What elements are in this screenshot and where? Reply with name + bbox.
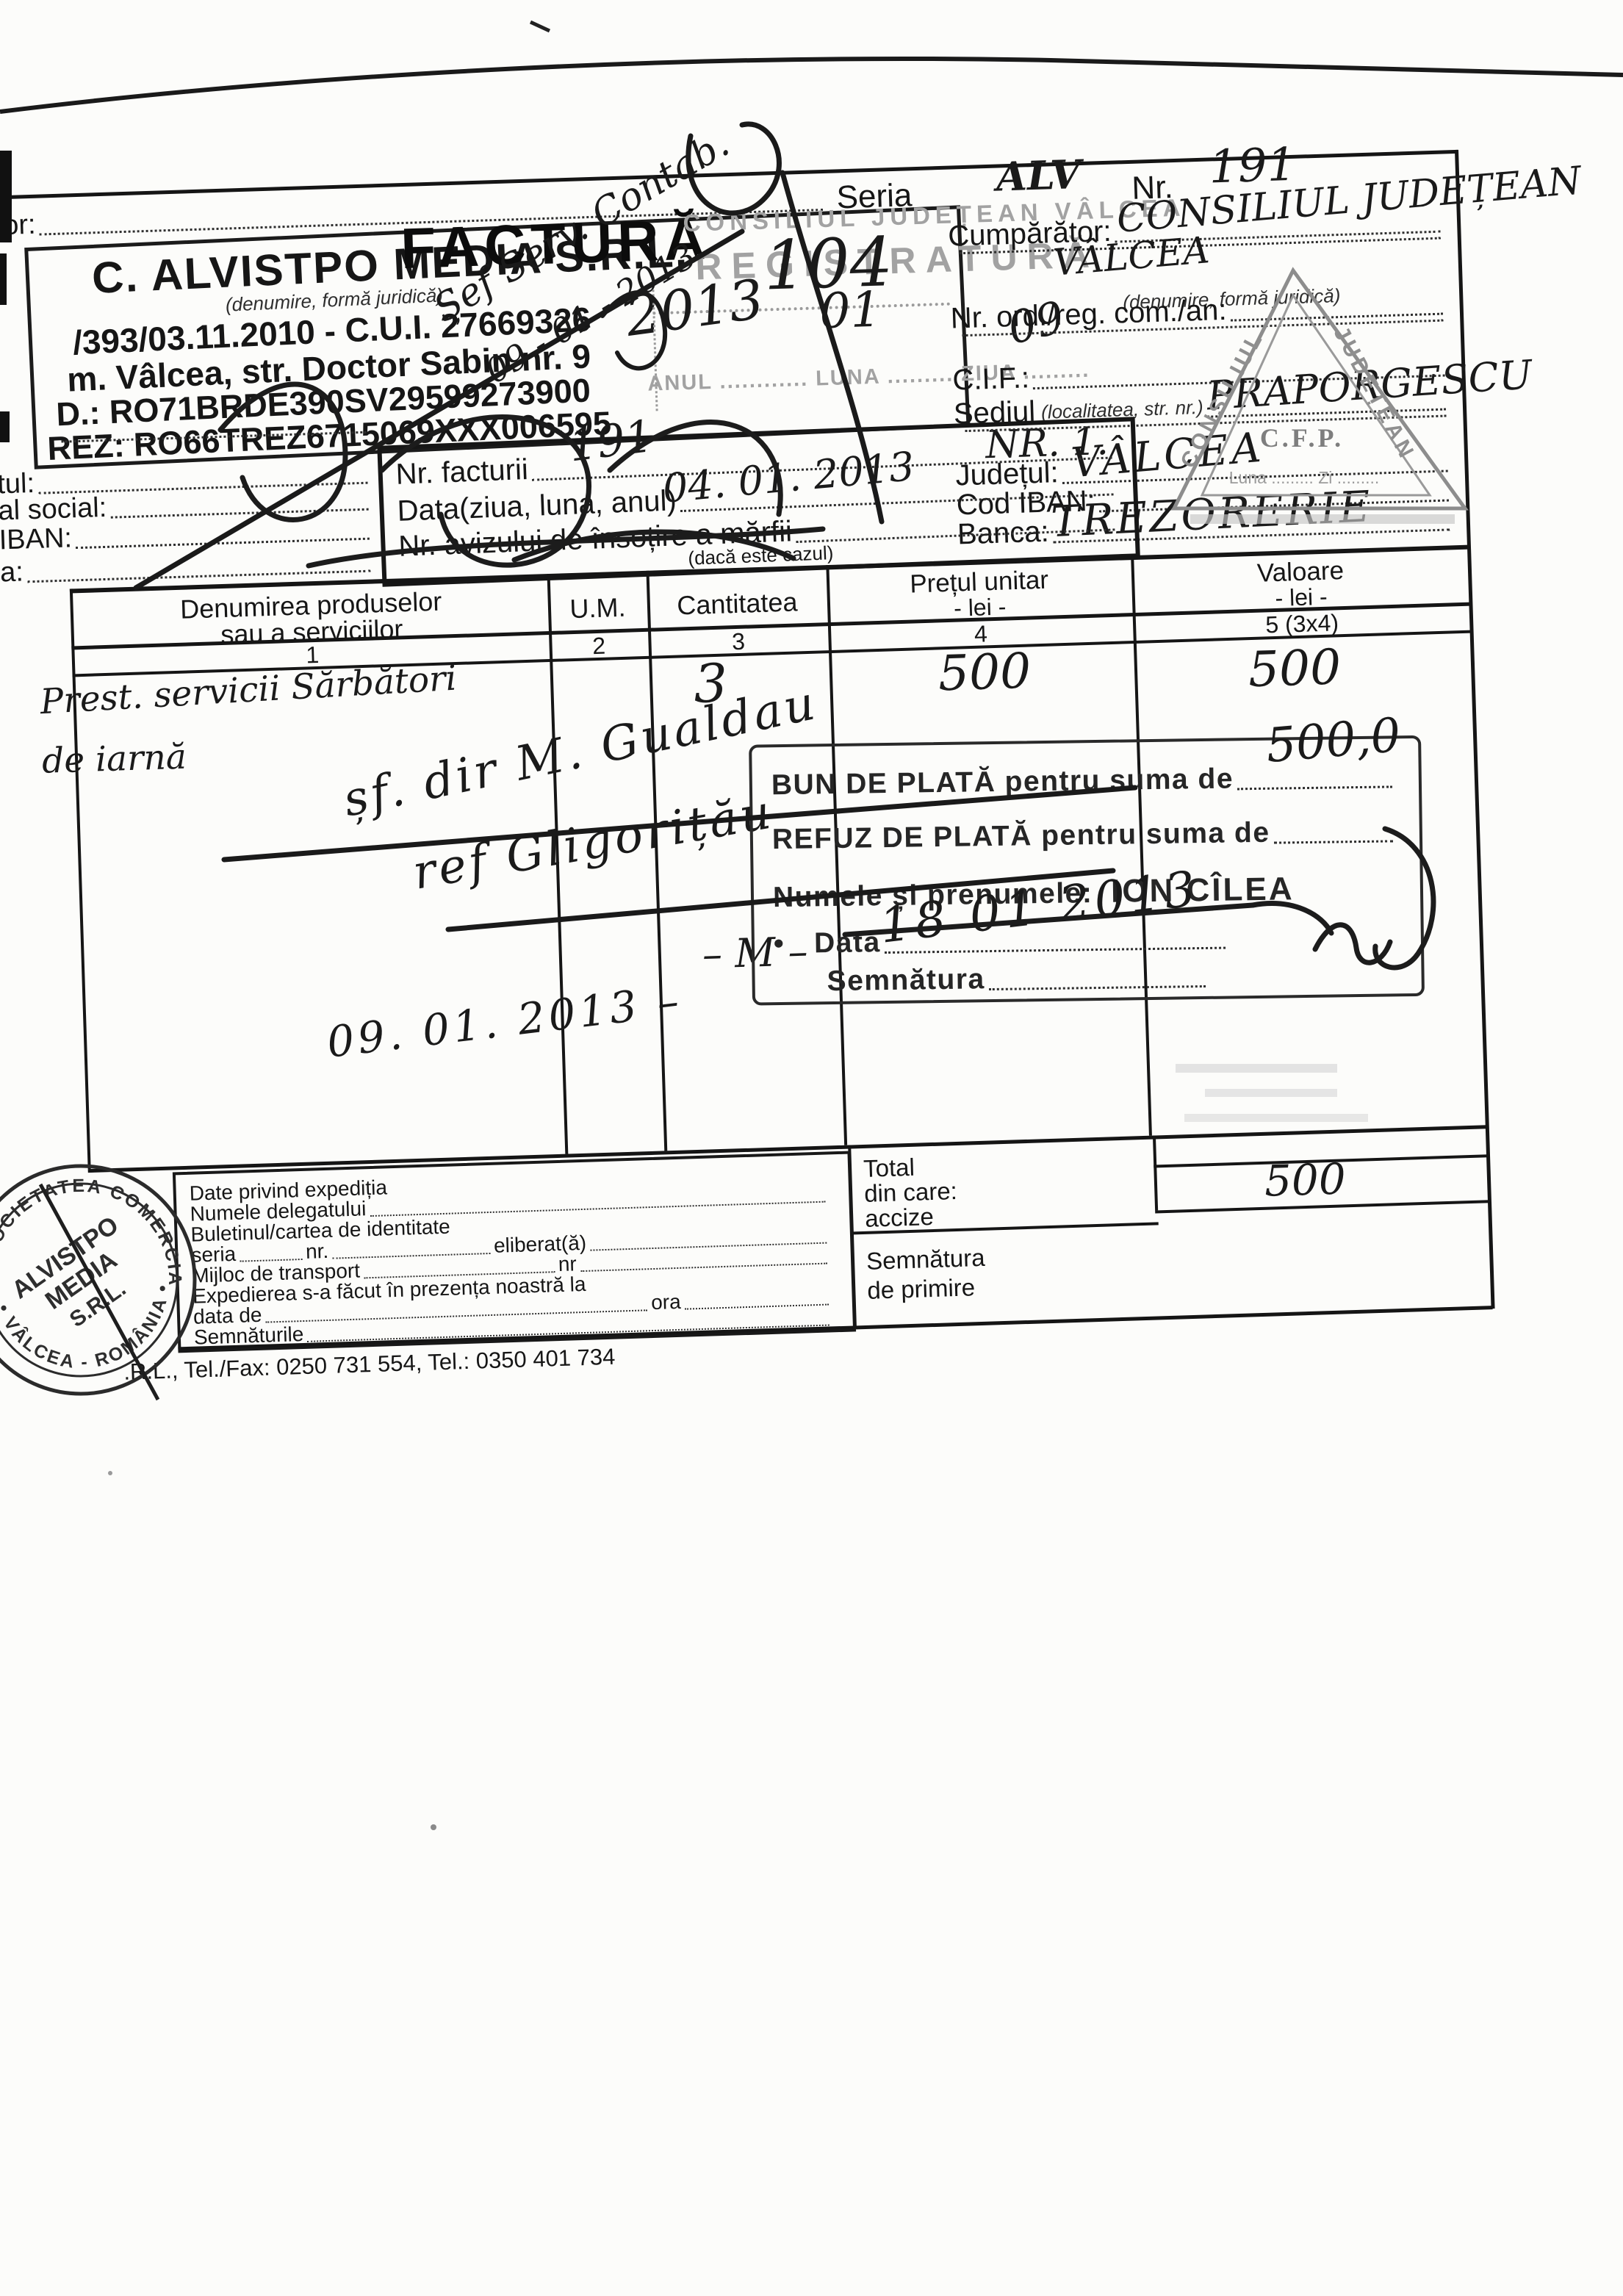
registry-luna-handwritten: 01 [818,286,882,337]
col2-header: U.M. [547,591,647,625]
invoice-form-sheet: zor: C. ALVISTPO MEDIA S.R.L. (denumire,… [0,0,1623,1494]
semnatura-stamp-label: Semnătura [827,963,985,998]
furnizor-label-fragment: zor: [0,209,36,242]
dotted-line [1274,838,1393,843]
signature2-handwritten: ref Gligorițău [409,788,777,897]
total-value-handwritten: 500 [1264,1157,1346,1202]
dotted-line [989,984,1206,990]
semnatura-stamp-row: Semnătura [827,960,1209,998]
semnatura-primire-line2: de primire [867,1273,976,1305]
row-denumire-line2-handwritten: de iarnă [41,740,187,779]
nr-facturii-value-handwritten: 191 [566,414,655,469]
semnaturile-label: Semnăturile [193,1322,303,1350]
row-valoare-handwritten: 500 [1248,643,1342,694]
iban-fragment: IBAN: [0,522,73,556]
nr-facturii-label: Nr. facturii [395,453,529,492]
expedition-box: Date privind expediția Numele delegatulu… [173,1151,856,1353]
data-stamp-label: Data [814,926,881,960]
buyer-name2-handwritten: VÂLCEA [1052,231,1211,281]
stamp-bullet: • [774,928,785,960]
dotted-line [307,1323,829,1342]
col3-number: 3 [648,625,829,658]
bun-de-plata-label: BUN DE PLATĂ pentru suma de [771,763,1234,802]
dotted-line [580,1262,827,1273]
scan-speck [431,1824,436,1830]
row-pret-unitar-handwritten: 500 [938,647,1032,698]
dotted-line [1237,784,1392,790]
col3-header: Cantitatea [647,586,827,622]
bun-suma-handwritten: 500,0 [1264,712,1403,770]
scanned-invoice-page: zor: C. ALVISTPO MEDIA S.R.L. (denumire,… [0,0,1623,2296]
body-date-handwritten: 09. 01. 2013 – [325,979,685,1064]
refuz-de-plata-row: REFUZ DE PLATĂ pentru suma de [772,815,1397,856]
total-value-divider [1153,1135,1158,1210]
dotted-line [370,1200,825,1217]
seria-label: Seria [836,177,913,216]
banca-fragment: a: [0,556,24,589]
accize-label: accize [865,1203,935,1233]
semnatura-primire-line1: Semnătura [866,1244,986,1275]
cif-label: C.I.F.: [952,361,1030,397]
seria-value-handwritten: ALV [996,154,1082,197]
col2-number: 2 [549,631,649,661]
nr-value-handwritten: 191 [1209,142,1297,190]
form-right-border [1455,150,1495,1309]
payment-approval-stamp: BUN DE PLATĂ pentru suma de 500,0 REFUZ … [749,735,1425,1006]
refuz-de-plata-label: REFUZ DE PLATĂ pentru suma de [772,817,1270,856]
